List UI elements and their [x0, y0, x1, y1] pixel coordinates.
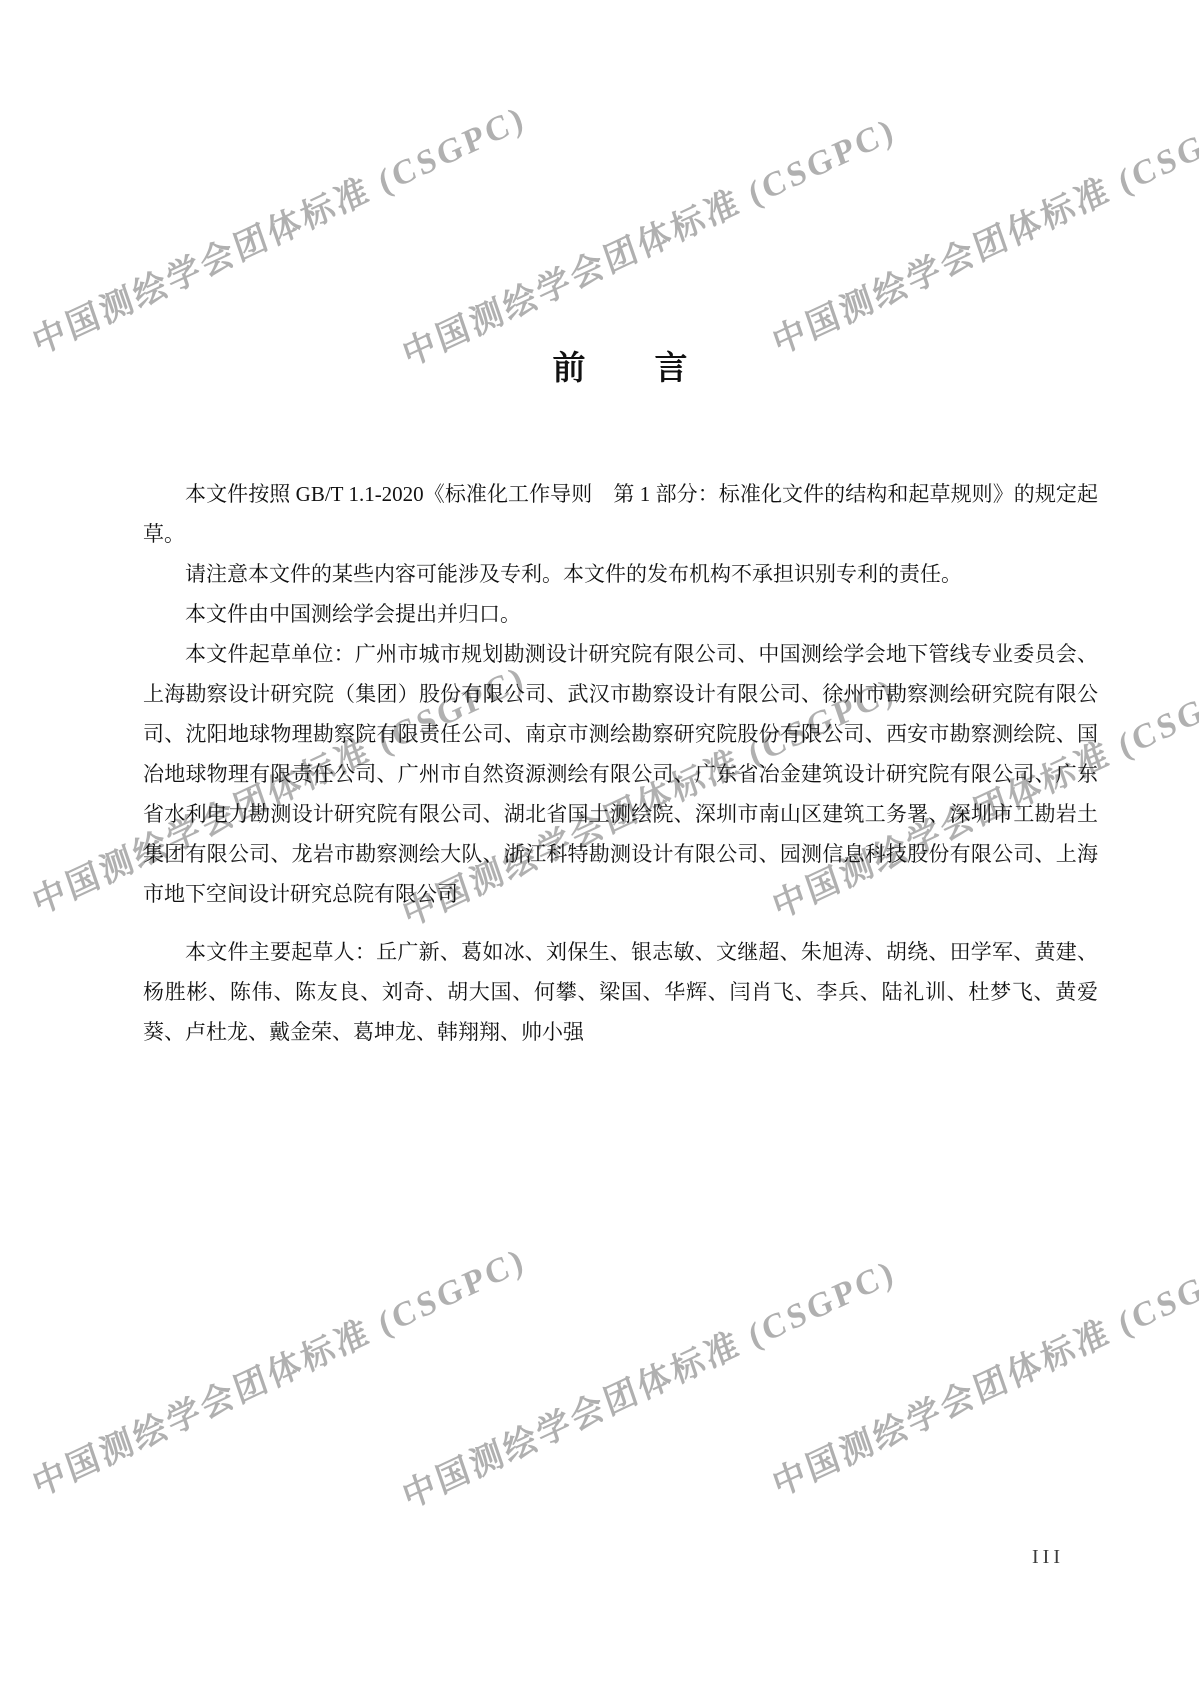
- paragraph-proposing-body: 本文件由中国测绘学会提出并归口。: [143, 594, 1098, 634]
- paragraph-main-drafters: 本文件主要起草人：丘广新、葛如冰、刘保生、银志敏、文继超、朱旭涛、胡绕、田学军、…: [143, 932, 1098, 1052]
- paragraph-drafting-rules: 本文件按照 GB/T 1.1-2020《标准化工作导则 第 1 部分：标准化文件…: [143, 474, 1098, 554]
- page-number: III: [1032, 1546, 1064, 1569]
- paragraph-drafting-organizations: 本文件起草单位：广州市城市规划勘测设计研究院有限公司、中国测绘学会地下管线专业委…: [143, 634, 1098, 914]
- watermark-text: 中国测绘学会团体标准 (CSGPC): [765, 1232, 1199, 1507]
- watermark-text: 中国测绘学会团体标准 (CSGPC): [25, 1232, 531, 1507]
- foreword-body: 本文件按照 GB/T 1.1-2020《标准化工作导则 第 1 部分：标准化文件…: [143, 474, 1098, 1052]
- watermark-text: 中国测绘学会团体标准 (CSGPC): [25, 90, 531, 365]
- watermark-text: 中国测绘学会团体标准 (CSGPC): [395, 1244, 901, 1519]
- paragraph-patent-notice: 请注意本文件的某些内容可能涉及专利。本文件的发布机构不承担识别专利的责任。: [143, 554, 1098, 594]
- watermark-text: 中国测绘学会团体标准 (CSGPC): [765, 90, 1199, 365]
- page-title: 前 言: [143, 346, 1098, 390]
- document-page: 中国测绘学会团体标准 (CSGPC) 中国测绘学会团体标准 (CSGPC) 中国…: [0, 0, 1199, 1696]
- watermark-text: 中国测绘学会团体标准 (CSGPC): [395, 102, 901, 377]
